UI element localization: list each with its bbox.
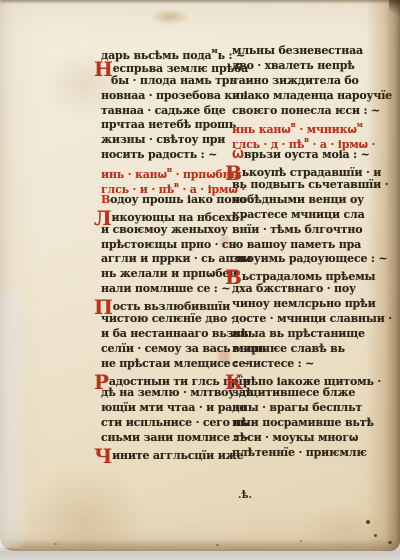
text-line: чиноу немлсрьно прѣи (232, 297, 380, 312)
text-line: носить радость : ~ (101, 148, 239, 163)
text-line: дѣ на землю · млтвоу дѣ (101, 386, 239, 401)
text-line: Пость вьзлюбившїи (101, 297, 239, 312)
text-line: глсь · и · пѣв · а · ірмѡ · (101, 178, 239, 193)
column-left: дарь вьсѣмь подамь : ~Неспрьва землѥ прѣ… (101, 44, 239, 461)
photo-backing (0, 551, 400, 560)
text-line: Радостныи ти глсь прїи (101, 372, 239, 387)
text-line: Вькоупѣ страдавшїи · и (232, 163, 380, 178)
text-line: ющїи мти чтаа · и радо (101, 401, 239, 416)
text-segment: лѣси · моукы многѡ (232, 431, 358, 444)
text-line: внїи · тѣмь блгочтно (232, 223, 380, 238)
text-line: Крѣпо іакоже щитомь · (232, 372, 380, 387)
text-line: Ѿврьзи оуста моіа : ~ (232, 148, 380, 163)
text-line: лѣси · моукы многѡ (232, 431, 380, 446)
text-segment: зноуимь радоующесе : ~ (232, 252, 387, 265)
text-segment: тавнаа · садьже бце (101, 104, 226, 117)
text-line: селїи · семоу за вась мирь (101, 342, 239, 357)
text-line: прѣстоѥщы прно · сь (101, 238, 239, 253)
text-line: Водоу прошь іако поко : (101, 193, 239, 208)
text-line: жизны · свѣтоу при (101, 133, 239, 148)
text-line: Вьстрадаломь прѣемы (232, 267, 380, 282)
text-segment: и ба нестаннааго вьзвѣ (101, 327, 248, 340)
text-line: глсь · д · пѣв · а · ірмѡ · (232, 133, 380, 148)
text-segment: мльны безневестнаа (232, 44, 363, 57)
text-segment: прѣстоѥщы прно · сь (101, 238, 236, 251)
text-line: нали помлише се : ~ (101, 282, 239, 297)
text-segment: носить радость : ~ (101, 148, 217, 161)
quire-mark: .ѣ. (238, 490, 252, 501)
text-segment: дво · хвалеть непрѣ (232, 59, 355, 72)
ink-speck (54, 543, 57, 545)
text-line: досте · мчници славныи · (232, 312, 380, 327)
text-line: вь подвыгь сьчетавшїи · (232, 178, 380, 193)
text-line: вышнѥе славѣ вь (232, 342, 380, 357)
text-line: побѣдными венци оу (232, 193, 380, 208)
text-line: плѣтеннїе · приѥмлѥ (232, 446, 380, 461)
text-line: своѥго понесла ѥси : ~ (232, 104, 380, 119)
text-line: и своѥмоу женыхоу (101, 223, 239, 238)
text-line: Чините аггльсцїи иже (101, 446, 239, 461)
text-segment: В (101, 193, 110, 206)
text-segment: досте · мчници славныи · (232, 312, 392, 325)
text-segment: аггли и пррки · сь аплы (101, 252, 252, 265)
text-segment: не прѣстаи млещисе : ~ (101, 357, 251, 370)
text-segment: и іако младенца нароучїе (232, 89, 392, 102)
text-line: ю вашоу паметь пра (232, 238, 380, 253)
manuscript-photo: дарь вьсѣмь подамь : ~Неспрьва землѥ прѣ… (0, 0, 400, 560)
text-line: инь канѡн · мчникѡм (232, 118, 380, 133)
rubric-initial: Ч (94, 444, 112, 468)
text-line: дарь вьсѣмь подамь : ~ (101, 44, 239, 59)
text-line: селистесе : ~ (232, 357, 380, 372)
text-segment: ныи посрамивше вьтѣ (232, 416, 374, 429)
text-line: тавнаа · садьже бце (101, 104, 239, 119)
text-segment: нны · врагы беспльт (232, 401, 362, 414)
text-segment: сти испльнисе · сего пѣ (101, 416, 249, 429)
text-segment: внїи · тѣмь блгочтно (232, 223, 362, 236)
text-line: чистою селѥнїе дво · (101, 312, 239, 327)
text-segment: бы · плода намь трь (111, 74, 237, 87)
text-line: крастесе мчници сла (232, 208, 380, 223)
text-line: инь · канѡн · прпѡбны · (101, 163, 239, 178)
text-line: ныи посрамивше вьтѣ (232, 416, 380, 431)
text-segment: плѣтеннїе · приѥмлѥ (232, 446, 367, 459)
rubric-initial: Н (94, 57, 113, 81)
text-segment: побѣдными венци оу (232, 193, 364, 206)
worn-left-edge (0, 290, 30, 548)
text-segment: крастесе мчници сла (232, 208, 365, 221)
text-line: сньми зани помлисе : ~ (101, 431, 239, 446)
text-line: Ликоующы на нбсехь · (101, 208, 239, 223)
text-line: нь желали и прпѡбен (101, 267, 239, 282)
text-segment: м (357, 120, 363, 129)
text-segment: дха бжствнаго · поу (232, 282, 356, 295)
text-segment: чистою селѥнїе дво · (101, 312, 234, 325)
ink-speck (216, 544, 219, 546)
text-segment: вь подвыгь сьчетавшїи · (232, 178, 388, 191)
ink-speck (300, 540, 302, 542)
text-line: не прѣстаи млещисе : ~ (101, 357, 239, 372)
text-line: зноуимь радоующесе : ~ (232, 252, 380, 267)
text-line: дво · хвалеть непрѣ (232, 59, 380, 74)
column-right: мльны безневестнаадво · хвалеть непрѣтаи… (232, 44, 380, 461)
text-segment: и своѥмоу женыхоу (101, 223, 228, 236)
text-line: Неспрьва землѥ прѣба (101, 59, 239, 74)
text-line: и ба нестаннааго вьзвѣ (101, 327, 239, 342)
text-segment: новнаа · прозебова кль (101, 89, 247, 102)
text-segment: вышнѥе славѣ вь (232, 342, 345, 355)
text-segment: иныа вь прѣстанище (232, 327, 365, 340)
text-segment: ю вашоу паметь пра (232, 238, 361, 251)
ink-speck (388, 541, 392, 544)
text-segment: селистесе : ~ (232, 357, 314, 370)
text-line: сти испльнисе · сего пѣ (101, 416, 239, 431)
text-line: защитившесе блже (232, 386, 380, 401)
top-right-shadow (389, 0, 400, 18)
ink-speck (366, 520, 370, 524)
text-line: нны · врагы беспльт (232, 401, 380, 416)
text-segment: таино зиждитела бо (232, 74, 359, 87)
text-line: дха бжствнаго · поу (232, 282, 380, 297)
text-line: новнаа · прозебова кль (101, 89, 239, 104)
text-segment: защитившесе блже (232, 386, 355, 399)
text-segment: нали помлише се : ~ (101, 282, 230, 295)
parchment-page: дарь вьсѣмь подамь : ~Неспрьва землѥ прѣ… (0, 0, 400, 551)
text-segment: нь желали и прпѡбен (101, 267, 237, 280)
text-line: таино зиждитела бо (232, 74, 380, 89)
text-segment: Ѿ (232, 148, 244, 161)
text-segment: жизны · свѣтоу при (101, 133, 225, 146)
text-line: мльны безневестнаа (232, 44, 380, 59)
text-line: аггли и пррки · сь аплы (101, 252, 239, 267)
text-line: и іако младенца нароучїе (232, 89, 380, 104)
text-segment: сньми зани помлисе : ~ (101, 431, 250, 444)
text-line: прчтаа нетебѣ прошь (101, 118, 239, 133)
text-segment: прчтаа нетебѣ прошь (101, 118, 236, 131)
text-segment: своѥго понесла ѥси : ~ (232, 104, 380, 117)
text-line: бы · плода намь трь (101, 74, 239, 89)
text-segment: врьзи оуста моіа : ~ (244, 148, 370, 161)
text-segment: ините аггльсцїи иже (112, 449, 243, 462)
text-line: иныа вь прѣстанище (232, 327, 380, 342)
ink-speck (374, 534, 377, 537)
text-segment: чиноу немлсрьно прѣи (232, 297, 376, 310)
text-segment: ющїи мти чтаа · и радо (101, 401, 246, 414)
